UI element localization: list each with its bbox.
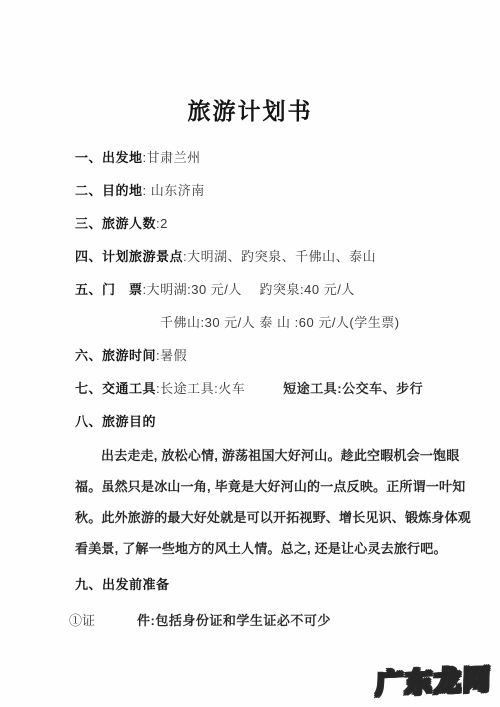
item-travel-time-value: :暑假 <box>156 339 187 372</box>
item-destination-label: 二、目的地 <box>75 174 143 207</box>
item-destination-value: : 山东济南 <box>143 174 205 207</box>
prep-item-documents: ①证件:包括身份证和学生证必不可少 <box>69 604 442 637</box>
item-tickets-label: 五、门 票 <box>75 273 143 306</box>
item-departure: 一、出发地:甘肃兰州 <box>75 141 442 174</box>
item-departure-value: :甘肃兰州 <box>143 141 201 174</box>
item-traveler-count-value: :2 <box>156 207 168 240</box>
purpose-paragraph-line-1: 出去走走, 放松心情, 游荡祖国大好河山。趁此空暇机会一饱眼 <box>75 440 442 471</box>
purpose-paragraph-line-4: 看美景, 了解一些地方的风土人情。总之, 还是让心灵去旅行吧。 <box>75 533 442 564</box>
item-tickets-value: :大明湖:30 元/人 趵突泉:40 元/人 <box>143 273 355 306</box>
item-transport-label: 七、交通工具 <box>75 372 156 405</box>
document-page: 旅游计划书 一、出发地:甘肃兰州 二、目的地: 山东济南 三、旅游人数:2 四、… <box>0 0 500 707</box>
site-watermark: 广东龙网 <box>376 657 493 701</box>
item-planned-attractions-value: :大明湖、趵突泉、千佛山、泰山 <box>183 240 376 273</box>
item-travel-purpose-heading: 八、旅游目的 <box>75 405 442 438</box>
item-travel-time-label: 六、旅游时间 <box>75 339 156 372</box>
item-tickets-continuation-value: 千佛山:30 元/人 泰 山 :60 元/人(学生票) <box>160 306 400 339</box>
item-traveler-count-label: 三、旅游人数 <box>75 207 156 240</box>
item-tickets: 五、门 票:大明湖:30 元/人 趵突泉:40 元/人 <box>75 273 442 306</box>
item-travel-purpose-label: 八、旅游目的 <box>75 405 156 438</box>
prep-item-text: 件:包括身份证和学生证必不可少 <box>137 604 331 637</box>
item-planned-attractions-label: 四、计划旅游景点 <box>75 240 183 273</box>
page-title: 旅游计划书 <box>0 0 500 125</box>
item-transport: 七、交通工具:长途工具:火车短途工具:公交车、步行 <box>75 372 442 405</box>
item-tickets-continuation: 千佛山:30 元/人 泰 山 :60 元/人(学生票) <box>160 306 442 339</box>
item-transport-short-distance: 短途工具:公交车、步行 <box>283 372 423 405</box>
item-planned-attractions: 四、计划旅游景点:大明湖、趵突泉、千佛山、泰山 <box>75 240 442 273</box>
item-destination: 二、目的地: 山东济南 <box>75 174 442 207</box>
item-preparation-label: 九、出发前准备 <box>75 568 170 601</box>
prep-item-marker: ①证 <box>69 604 95 637</box>
item-traveler-count: 三、旅游人数:2 <box>75 207 442 240</box>
item-departure-label: 一、出发地 <box>75 141 143 174</box>
purpose-paragraph-line-2: 福。虽然只是冰山一角, 毕竟是大好河山的一点反映。正所谓一叶知 <box>75 471 442 502</box>
item-transport-long-distance: :长途工具:火车 <box>156 372 245 405</box>
purpose-paragraph: 出去走走, 放松心情, 游荡祖国大好河山。趁此空暇机会一饱眼 福。虽然只是冰山一… <box>75 440 442 564</box>
item-travel-time: 六、旅游时间:暑假 <box>75 339 442 372</box>
purpose-paragraph-line-3: 秋。此外旅游的最大好处就是可以开拓视野、增长见识、锻炼身体观 <box>75 502 442 533</box>
document-body: 一、出发地:甘肃兰州 二、目的地: 山东济南 三、旅游人数:2 四、计划旅游景点… <box>75 141 442 637</box>
item-preparation-heading: 九、出发前准备 <box>75 568 442 601</box>
